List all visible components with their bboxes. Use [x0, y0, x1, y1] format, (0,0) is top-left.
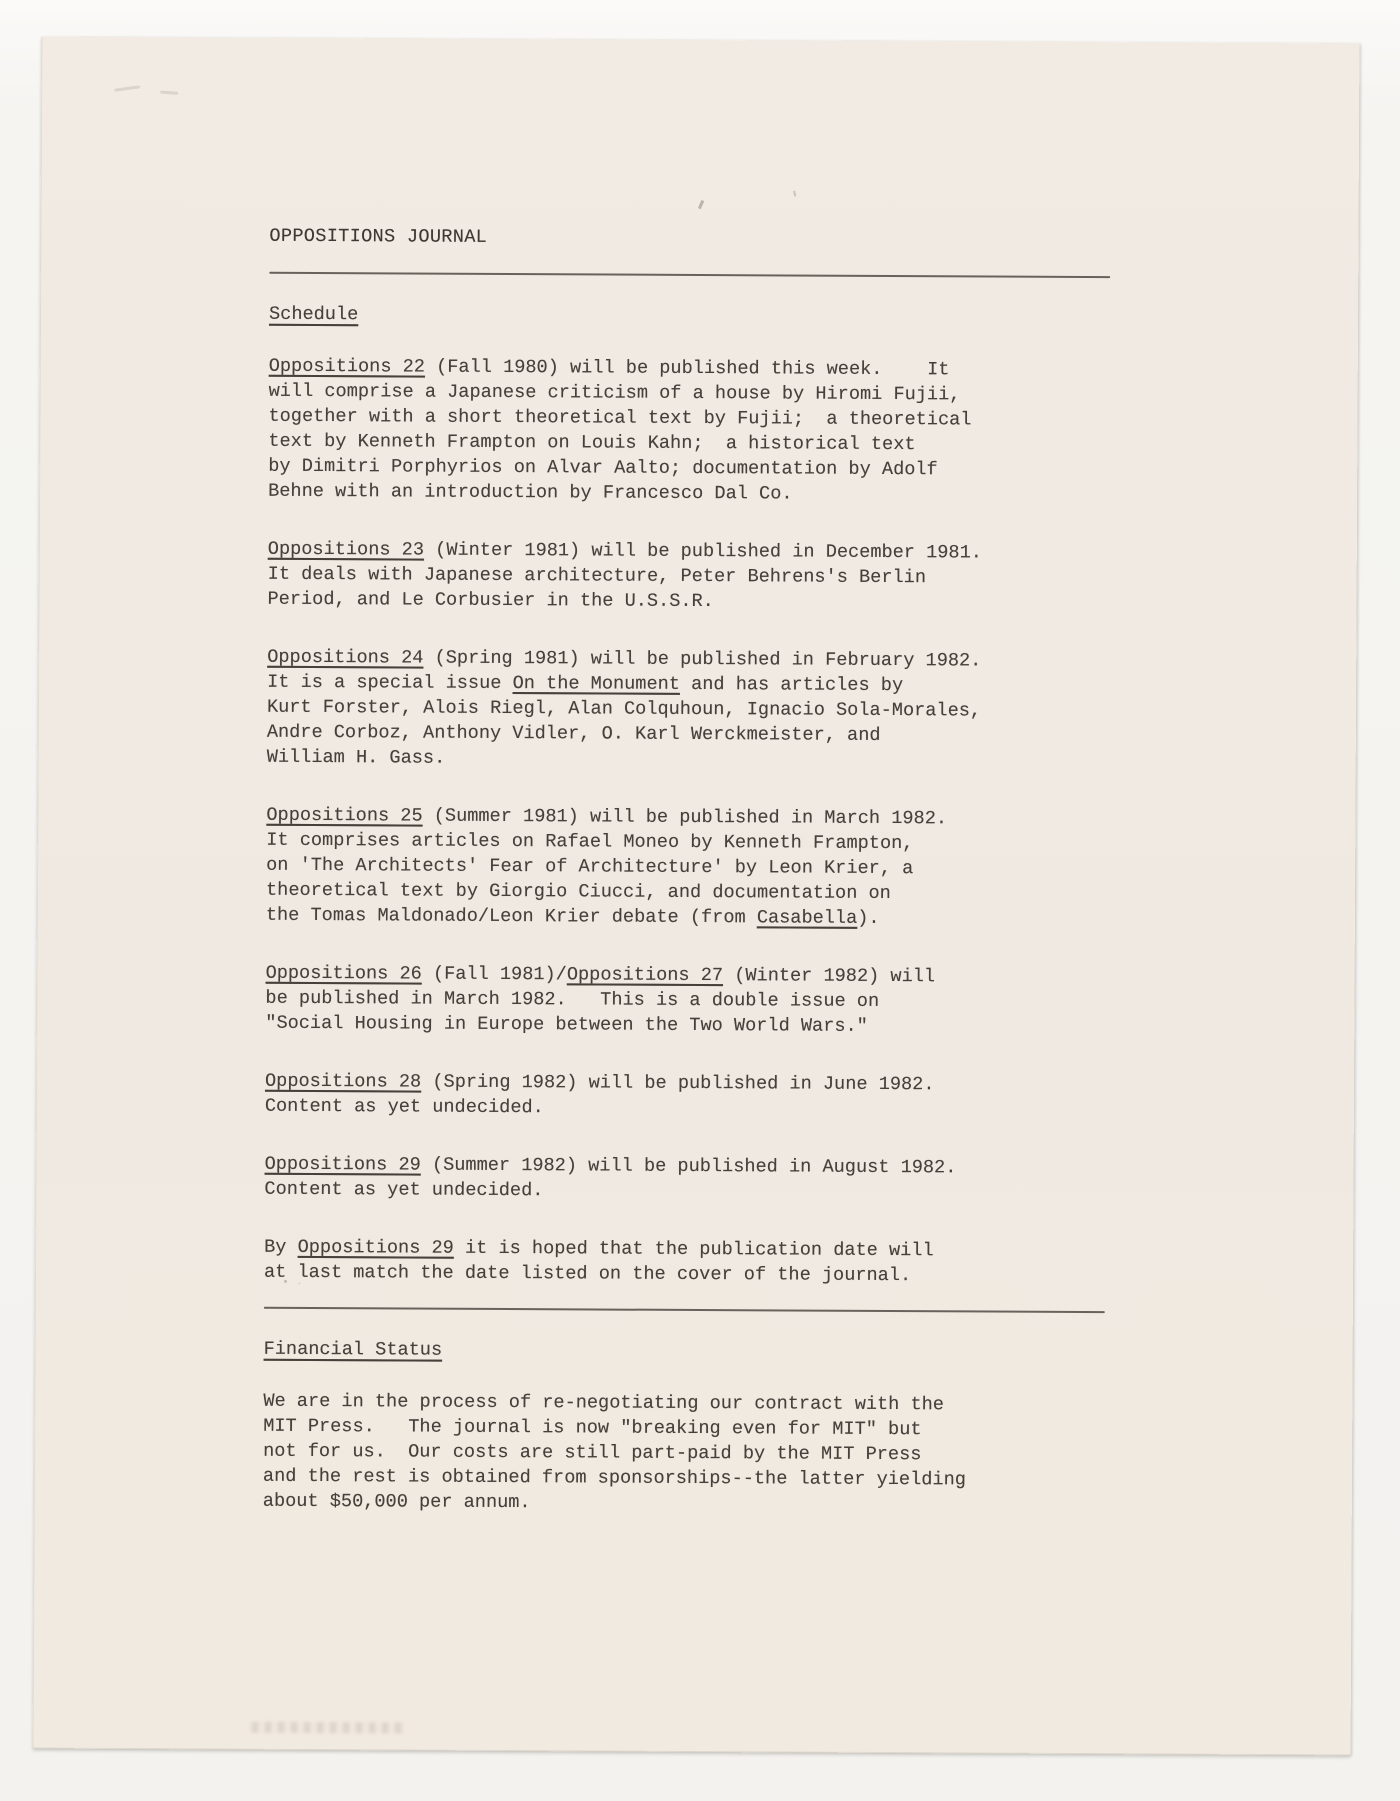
underlined-text: On the Monument [513, 673, 680, 695]
sections-container: ScheduleOppositions 22 (Fall 1980) will … [263, 272, 1169, 1519]
document-title: OPPOSITIONS JOURNAL [269, 224, 1169, 254]
ink-speck [793, 190, 796, 196]
staple-mark [160, 91, 178, 95]
paragraph: Oppositions 24 (Spring 1981) will be pub… [267, 645, 1168, 775]
text-run: By [264, 1237, 298, 1258]
underlined-text: Oppositions 28 [265, 1071, 421, 1093]
underlined-text: Oppositions 26 [266, 963, 422, 985]
staple-mark [114, 85, 140, 91]
document-page: OPPOSITIONS JOURNAL ScheduleOppositions … [33, 37, 1360, 1756]
underlined-text: Oppositions 23 [268, 539, 424, 561]
underlined-text: Oppositions 24 [267, 647, 423, 669]
text-run: (Fall 1980) will be published this week.… [268, 357, 971, 505]
underlined-text: Oppositions 27 [567, 964, 723, 986]
underlined-text: Oppositions 25 [266, 805, 422, 827]
scanned-page-background: OPPOSITIONS JOURNAL ScheduleOppositions … [0, 0, 1400, 1801]
paragraph: By Oppositions 29 it is hoped that the p… [264, 1235, 1164, 1290]
section-divider [264, 1307, 1105, 1313]
text-run: (Fall 1981)/ [422, 964, 567, 986]
paragraph: Oppositions 26 (Fall 1981)/Oppositions 2… [265, 961, 1165, 1041]
underlined-text: Oppositions 22 [269, 356, 425, 378]
paragraph: Oppositions 22 (Fall 1980) will be publi… [268, 354, 1169, 509]
text-run: ). [857, 908, 879, 929]
ink-speck [698, 200, 704, 209]
underlined-text: Oppositions 29 [265, 1154, 421, 1176]
ink-bleed-through-mark [252, 1722, 402, 1734]
underlined-text: Oppositions 29 [298, 1237, 454, 1259]
document-content: OPPOSITIONS JOURNAL ScheduleOppositions … [263, 224, 1170, 1519]
paragraph: Oppositions 29 (Summer 1982) will be pub… [264, 1152, 1164, 1207]
text-run: We are in the process of re-negotiating … [263, 1391, 966, 1513]
paragraph: Oppositions 23 (Winter 1981) will be pub… [267, 537, 1167, 617]
section-divider [269, 272, 1110, 278]
section-heading: Financial Status [264, 1337, 1164, 1367]
paragraph: Oppositions 28 (Spring 1982) will be pub… [265, 1069, 1165, 1124]
underlined-text: Casabella [757, 907, 858, 929]
paragraph: We are in the process of re-negotiating … [263, 1389, 1164, 1519]
paragraph: Oppositions 25 (Summer 1981) will be pub… [266, 803, 1167, 933]
section-heading: Schedule [269, 302, 1169, 332]
